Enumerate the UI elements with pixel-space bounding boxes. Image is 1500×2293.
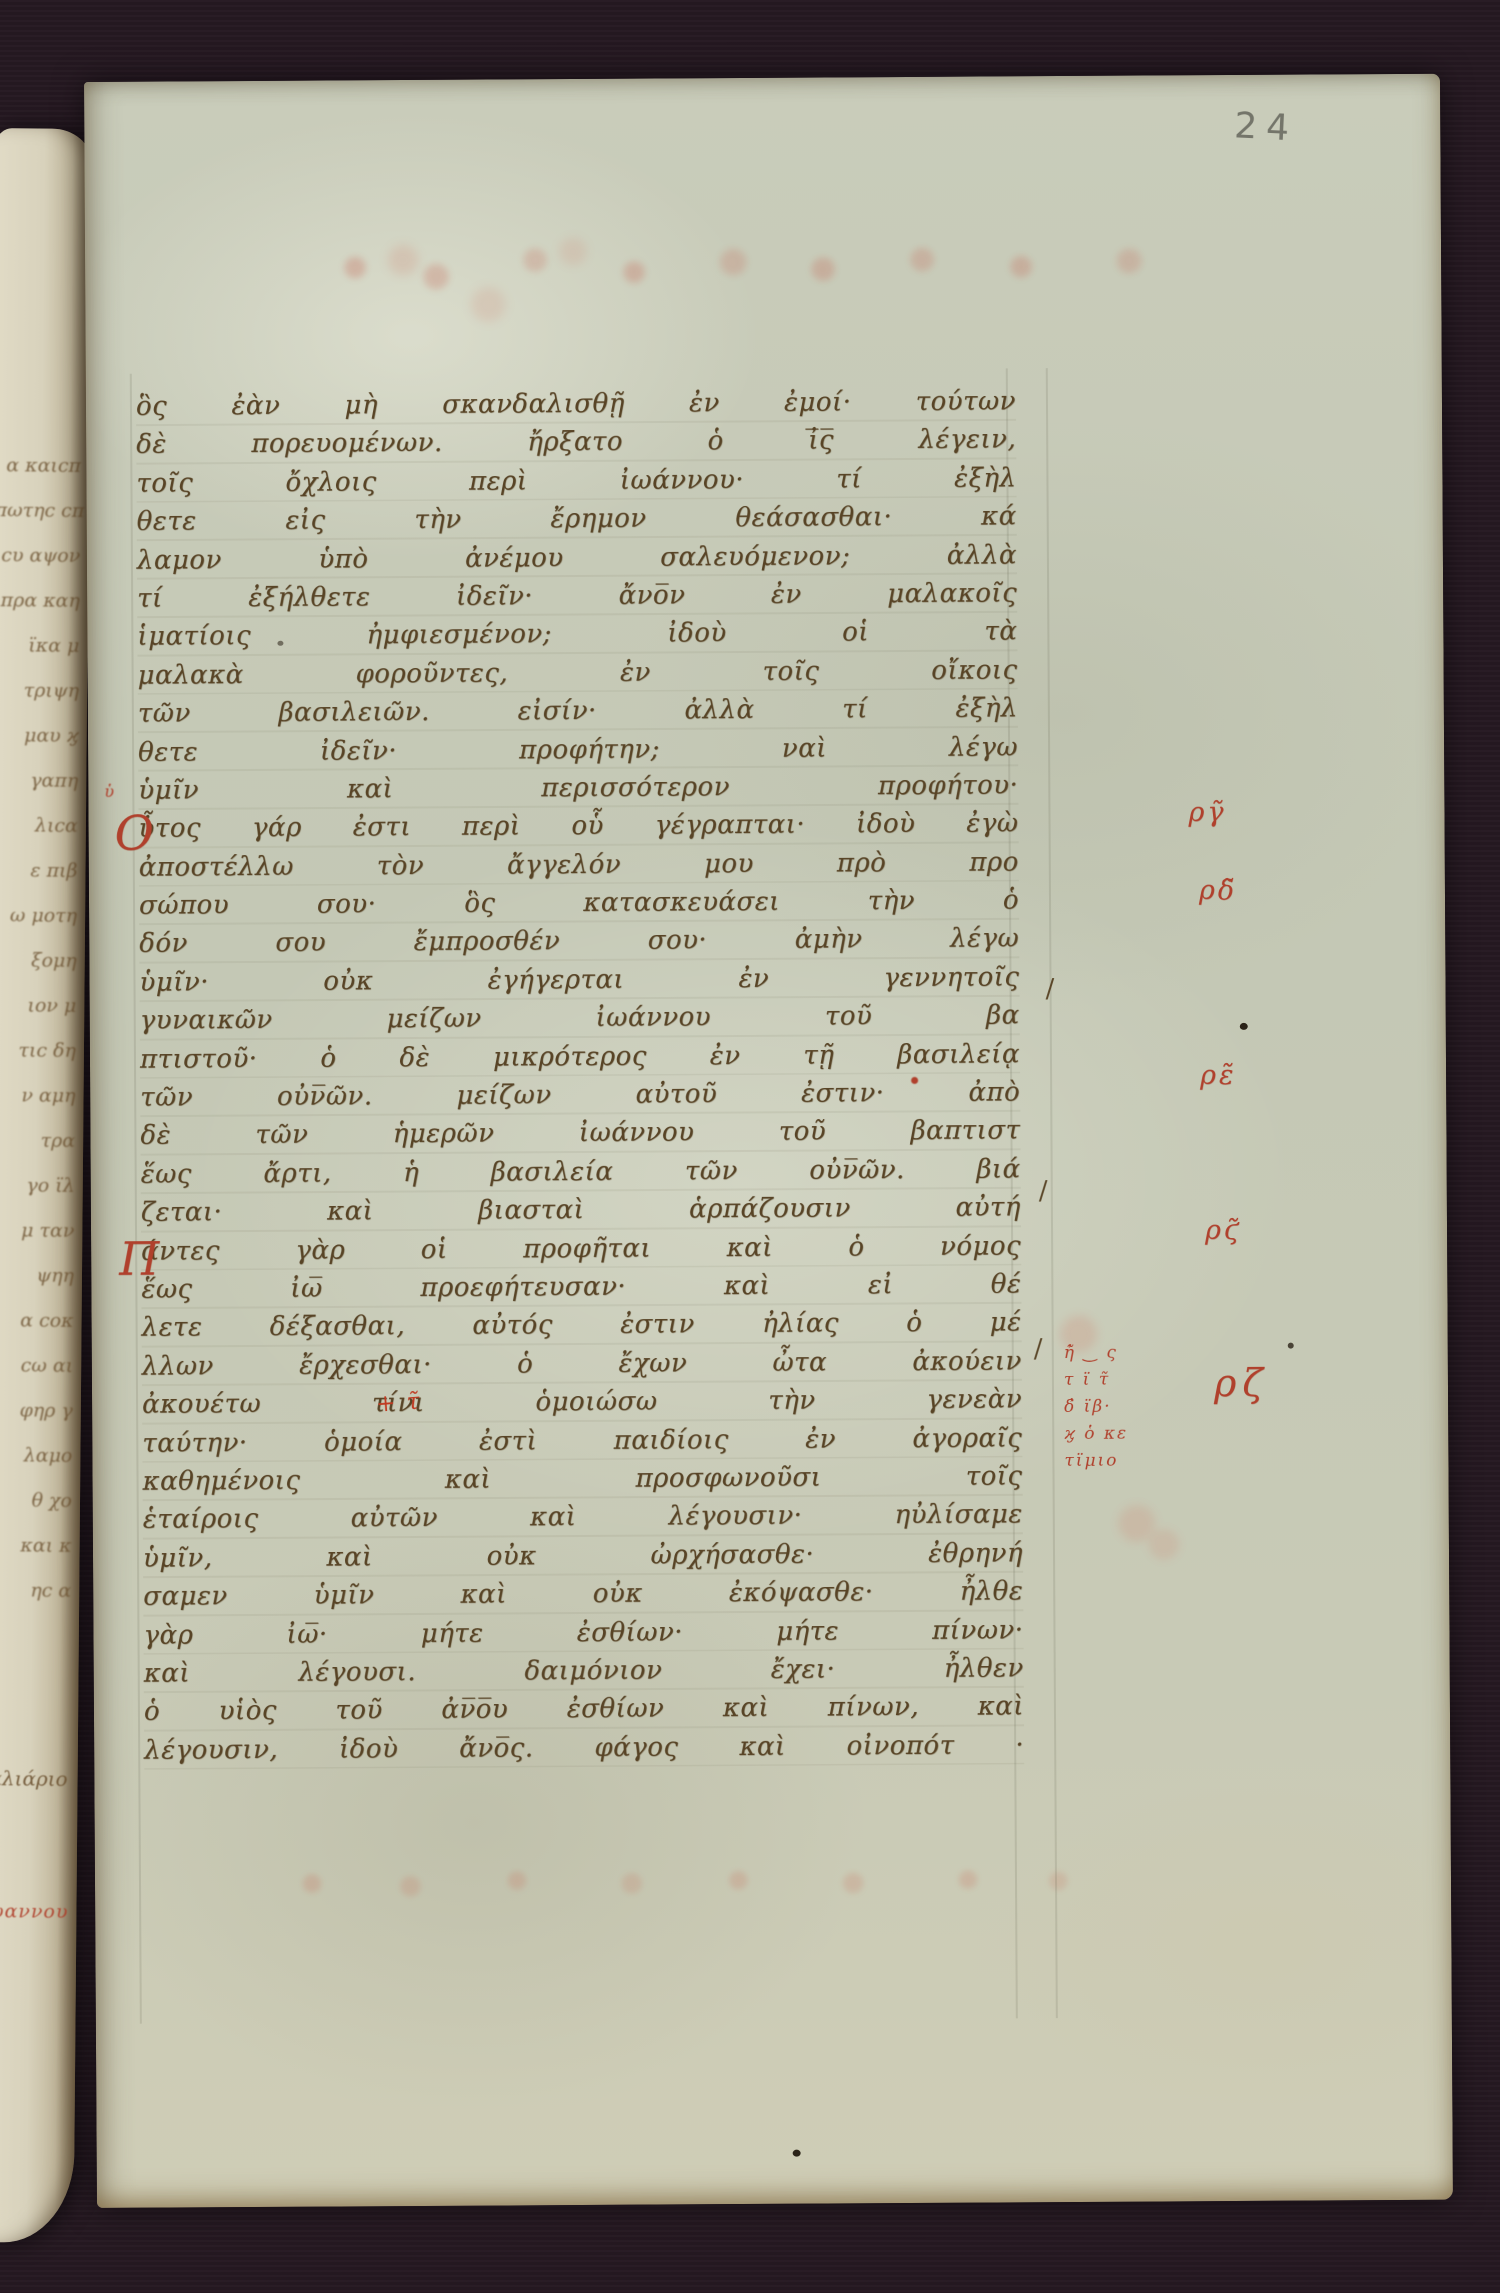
text-line: ἱματίοις ἠμφιεσμένον; ἰδοὺ οἱ τὰ	[137, 613, 1017, 657]
text-fragment: γαπη	[0, 758, 78, 804]
section-number: ργ̃	[1188, 797, 1226, 828]
text-fragment: α ϲοκ	[0, 1298, 74, 1344]
text-line: άντες γὰρ οἱ προφῆται καὶ ὁ νόμος	[141, 1227, 1021, 1271]
text-fragment: φηρ γ	[0, 1388, 73, 1434]
ink-speck	[1288, 1343, 1294, 1349]
text-fragment: ηϲ α	[0, 1568, 71, 1614]
text-fragment: ε πιβ	[0, 848, 78, 894]
text-line: ἕως ἰω̅ προεφήτευσαν· καὶ εἰ θέ	[141, 1265, 1021, 1309]
text-line: ἀκουέτω τίνι ὁμοιώσω τὴν γενεὰν	[142, 1380, 1022, 1424]
text-line: καὶ λέγουσι. δαιμόνιον ἔχει· ἦλθεν	[144, 1649, 1024, 1693]
text-line: ὑμῖν, καὶ οὐκ ὠρχήσασθε· ἐθρηνή	[143, 1534, 1023, 1578]
text-fragment: ψηη	[0, 1253, 74, 1299]
section-number: ρδ̃	[1199, 875, 1237, 906]
margin-stroke: ∕	[1034, 1334, 1043, 1364]
facing-page-edge: α καιϲππωτηϲ ϲπϲυ αψονπρα καηϊκα μτριψημ…	[0, 128, 92, 2243]
text-fragment: α καιϲπ	[0, 443, 81, 489]
faded-text-offset	[271, 1862, 1091, 1901]
text-fragment: ν αμη	[0, 1073, 76, 1119]
text-line: μαλακὰ φοροῦντες, ἐν τοῖς οἴκοις	[138, 651, 1018, 695]
text-fragment: αλιάριο	[0, 1766, 68, 1791]
text-line: λλων ἔρχεσθαι· ὁ ἔχων ὦτα ἀκούειν	[142, 1342, 1022, 1386]
red-lection-mark: + τ̃	[375, 1388, 422, 1417]
text-line: ταύτην· ὁμοία ἐστὶ παιδίοις ἐν ἀγοραῖς	[142, 1419, 1022, 1463]
text-fragment: μ ταν	[0, 1208, 75, 1254]
text-line: σώπου σου· ὃς κατασκευάσει τὴν ὁ	[139, 881, 1019, 925]
margin-stroke: ∕	[1045, 974, 1054, 1004]
text-fragment: ξομη	[0, 938, 77, 984]
text-line: δὲ τῶν ἡμερῶν ἰωάννου τοῦ βαπτιστ	[140, 1112, 1020, 1156]
text-line: τοῖς ὄχλοις περὶ ἰωάννου· τί ἐξὴλ	[136, 459, 1016, 503]
red-correction-dot	[911, 1077, 918, 1084]
text-line: πτιστοῦ· ὁ δὲ μικρότερος ἐν τῇ βασιλείᾳ	[140, 1035, 1020, 1079]
text-fragment: λιϲα	[0, 803, 78, 849]
text-line: ὃς ἐὰν μὴ σκανδαλισθῇ ἐν ἐμοί· τούτων	[136, 382, 1016, 426]
text-line: δόν σου ἔμπροσθέν σου· ἀμὴν λέγω	[139, 920, 1019, 964]
text-line: δὲ πορευομένων. ἤρξατο ὁ ἰ̅ς̅ λέγειν,	[136, 421, 1016, 465]
manuscript-photo: α καιϲππωτηϲ ϲπϲυ αψονπρα καηϊκα μτριψημ…	[0, 0, 1500, 2293]
text-line: λετε δέξασθαι, αὐτός ἐστιν ἠλίας ὁ μέ	[141, 1304, 1021, 1348]
text-fragment: τρα	[0, 1118, 75, 1164]
text-line: γὰρ ἰω̅· μήτε ἐσθίων· μήτε πίνων·	[143, 1611, 1023, 1655]
facing-page-text-fragments: α καιϲππωτηϲ ϲπϲυ αψονπρα καηϊκα μτριψημ…	[0, 443, 81, 1614]
text-line: σαμεν ὑμῖν καὶ οὐκ ἐκόψασθε· ἦλθε	[143, 1572, 1023, 1616]
text-fragment: ω μοτη	[0, 893, 77, 939]
rubricated-initial-pi: Π	[119, 1232, 159, 1286]
text-fragment: πωτηϲ ϲπ	[0, 488, 81, 534]
scholion-row: ἠ̃ ‿ ς	[1064, 1339, 1214, 1367]
text-line: ὑμῖν· οὐκ ἐγήγερται ἐν γεννητοῖς	[139, 958, 1019, 1002]
scholion-row: τϊμιο	[1064, 1447, 1214, 1475]
folio-number: 24	[1233, 105, 1299, 149]
text-fragment: γο ϊλ	[0, 1163, 75, 1209]
text-line: γυναικῶν μείζων ἰωάννου τοῦ βα	[140, 997, 1020, 1041]
text-fragment: τιϲ δη	[0, 1028, 76, 1074]
text-line: ἀποστέλλω τὸν ἄγγελόν μου πρὸ προ	[139, 843, 1019, 887]
scholion-row: δ̓ ϊβ·	[1064, 1393, 1214, 1421]
section-number: ρϛ̃	[1205, 1215, 1242, 1246]
text-fragment: θ χο	[0, 1478, 72, 1524]
text-line: καθημένοις καὶ προσφωνοῦσι τοῖς	[142, 1457, 1022, 1501]
margin-stroke: ∕	[1039, 1176, 1048, 1206]
ink-speck	[793, 2150, 801, 2157]
text-line: ὁ υἱὸς τοῦ ἀν̅ο̅υ ἐσθίων καὶ πίνων, καὶ	[144, 1688, 1024, 1732]
text-line: τῶν οὐν̅ῶν. μείζων αὐτοῦ ἐστιν· ἀπὸ	[140, 1073, 1020, 1117]
gospel-text-column: ὃς ἐὰν μὴ σκανδαλισθῇ ἐν ἐμοί· τούτωνδὲ …	[136, 382, 1024, 1769]
section-number: ρε̃	[1200, 1060, 1237, 1091]
text-fragment: πρα καη	[0, 578, 80, 624]
ink-speck	[1240, 1023, 1248, 1030]
manuscript-page: 24 ὃς ἐὰν μὴ σκανδαλισθῇ ἐν ἐμοί· τούτων…	[84, 74, 1453, 2208]
section-number: ρζ	[1214, 1361, 1269, 1405]
text-line: ζεται· καὶ βιασταὶ ἁρπάζουσιν αὐτή	[141, 1189, 1021, 1233]
ink-speck	[277, 641, 283, 646]
text-fragment: ϲω αι	[0, 1343, 73, 1389]
rubricated-initial-omicron: Ο	[114, 806, 154, 862]
red-margin-mark: ὑ	[104, 782, 114, 801]
text-line: ἕως ἄρτι, ἡ βασιλεία τῶν οὐν̅ῶν. βιά	[141, 1150, 1021, 1194]
faded-red-smudge	[1101, 1495, 1191, 1566]
text-line: λαμον ὑπὸ ἀνέμου σαλευόμενον; ἀλλὰ	[137, 536, 1017, 580]
text-line: ὑμῖν καὶ περισσότερον προφήτου·	[138, 766, 1018, 810]
red-title-fragment: ϊωαννου	[0, 1900, 69, 1923]
text-line: ἑταίροις αὐτῶν καὶ λέγουσιν· ηὐλίσαμε	[143, 1496, 1023, 1540]
text-line: λέγουσιν, ἰδοὺ ἄνο̅ς. φάγος καὶ οἰνοπότ …	[144, 1726, 1024, 1770]
text-fragment: ιον μ	[0, 983, 77, 1029]
text-line: θετε εἰς τὴν ἔρημον θεάσασθαι· κά	[137, 497, 1017, 541]
red-margin-scholion: ἠ̃ ‿ ςτ ϊ τ̃δ̓ ϊβ·ϗ ὁ κετϊμιο	[1064, 1339, 1215, 1475]
text-line: ὗτος γάρ ἐστι περὶ οὗ γέγραπται· ἰδοὺ ἐγ…	[138, 805, 1018, 849]
text-line: τί ἐξήλθετε ἰδεῖν· ἄνο̅ν ἐν μαλακοῖς	[137, 574, 1017, 618]
faded-rubric-offset	[301, 227, 1201, 296]
text-fragment: και κ	[0, 1523, 72, 1569]
scholion-row: τ ϊ τ̃	[1064, 1366, 1214, 1394]
text-fragment: ϲυ αψον	[0, 533, 80, 579]
scholion-row: ϗ ὁ κε	[1064, 1420, 1214, 1448]
text-fragment: λαμο	[0, 1433, 73, 1479]
text-fragment: μαυ ϗ	[0, 713, 79, 759]
text-line: θετε ἰδεῖν· προφήτην; ναὶ λέγω	[138, 728, 1018, 772]
text-fragment: ϊκα μ	[0, 623, 80, 669]
text-fragment: τριψη	[0, 668, 79, 714]
text-line: τῶν βασιλειῶν. εἰσίν· ἀλλὰ τί ἐξὴλ	[138, 689, 1018, 733]
